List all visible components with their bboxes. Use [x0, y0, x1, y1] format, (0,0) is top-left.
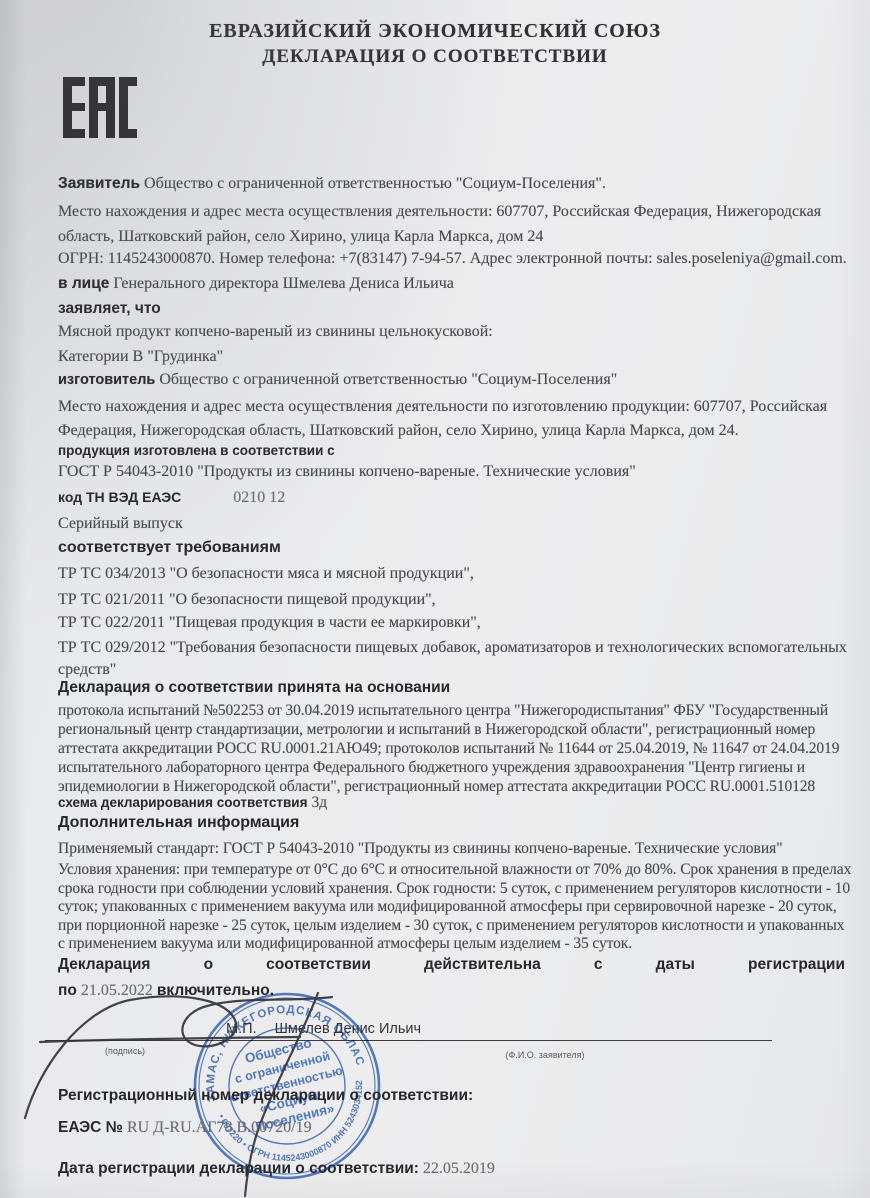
regulation-item: ТР ТС 021/2011 "О безопасности пищевой п…: [58, 591, 436, 609]
tnved-line: код ТН ВЭД ЕАЭС 0210 12: [58, 489, 285, 507]
applicant-address: Место нахождения и адрес места осуществл…: [58, 200, 853, 249]
basis-text: протокола испытаний №502253 от 30.04.201…: [58, 701, 853, 796]
validity-word: с: [594, 956, 603, 974]
manufacturer-label: изготовитель: [58, 372, 155, 388]
in-person-label: в лице: [58, 275, 109, 292]
scheme-value: 3д: [312, 794, 328, 811]
fio-caption: (Ф.И.О. заявителя): [475, 1050, 615, 1060]
manufacturer-line: изготовитель Общество с ограниченной отв…: [58, 371, 617, 389]
tnved-label: код ТН ВЭД ЕАЭС: [58, 489, 181, 505]
scheme-line: схема декларирования соответствия 3д: [58, 794, 327, 812]
made-in-accordance-label: продукция изготовлена в соответствии с: [58, 443, 335, 458]
registration-number-label: Регистрационный номер декларации о соотв…: [58, 1087, 473, 1105]
validity-word: Декларация: [58, 956, 150, 974]
product-line2: Категории В "Грудинка": [58, 348, 223, 366]
applied-standard: Применяемый стандарт: ГОСТ Р 54043-2010 …: [58, 840, 783, 858]
company-stamp: АРЗАМАС, НИЖЕГОРОДСКАЯ ОБЛАСТЬ • 607220 …: [183, 982, 391, 1190]
basis-label: Декларация о соответствии принята на осн…: [58, 679, 450, 697]
declaration-document: ЕВРАЗИЙСКИЙ ЭКОНОМИЧЕСКИЙ СОЮЗ ДЕКЛАРАЦИ…: [0, 0, 870, 1198]
gost-line: ГОСТ Р 54043-2010 "Продукты из свинины к…: [58, 463, 636, 481]
eac-mark-icon: [63, 77, 137, 138]
validity-word: регистрации: [748, 956, 845, 974]
scheme-label: схема декларирования соответствия: [58, 795, 308, 810]
complies-label: соответствует требованиям: [58, 539, 281, 557]
manufacturer-name: Общество с ограниченной ответственностью…: [159, 371, 617, 388]
document-title-line2: ДЕКЛАРАЦИЯ О СООТВЕТСТВИИ: [0, 46, 870, 68]
valid-until-date: 21.05.2022: [81, 982, 153, 999]
applicant-name: Общество с ограниченной ответственностью…: [144, 175, 606, 192]
declares-label: заявляет, что: [58, 300, 161, 318]
applicant-line: Заявитель Общество с ограниченной ответс…: [58, 175, 606, 193]
validity-word: о: [204, 956, 213, 974]
serial-release: Серийный выпуск: [58, 515, 183, 533]
mp-name-row: М.П. Шмелев Денис Ильич: [226, 1021, 421, 1037]
registration-number-prefix: ЕАЭС №: [58, 1119, 123, 1136]
signature-line: [45, 1040, 772, 1041]
tnved-code: 0210 12: [233, 489, 285, 506]
applicant-ogrn-line: ОГРН: 1145243000870. Номер телефона: +7(…: [58, 250, 847, 268]
registration-number-value: RU Д-RU.АГ78.В.00720/19: [127, 1119, 312, 1136]
regulation-item: ТР ТС 029/2012 "Требования безопасности …: [58, 637, 853, 681]
mp-label: М.П.: [226, 1021, 257, 1037]
manufacturer-address: Место нахождения и адрес места осуществл…: [58, 395, 853, 442]
in-person-line: в лице Генерального директора Шмелева Де…: [58, 275, 454, 293]
signature-caption: (подпись): [70, 1046, 180, 1056]
product-line1: Мясной продукт копчено-вареный из свинин…: [58, 323, 493, 341]
validity-word: действительна: [424, 956, 541, 974]
validity-justified-line: Декларация о соответствии действительна …: [58, 956, 845, 974]
regulation-item: ТР ТС 022/2011 "Пищевая продукция в част…: [58, 614, 481, 632]
additional-info-label: Дополнительная информация: [58, 814, 299, 832]
applicant-signatory-name: Шмелев Денис Ильич: [275, 1021, 421, 1037]
in-person-name: Генерального директора Шмелева Дениса Ил…: [113, 275, 453, 292]
document-title-line1: ЕВРАЗИЙСКИЙ ЭКОНОМИЧЕСКИЙ СОЮЗ: [0, 20, 870, 43]
po-label: по: [58, 982, 77, 999]
registration-date-label: Дата регистрации декларации о соответств…: [58, 1160, 419, 1177]
registration-date-value: 22.05.2019: [423, 1160, 495, 1177]
validity-word: соответствии: [266, 956, 371, 974]
storage-conditions: Условия хранения: при температуре от 0°С…: [58, 861, 853, 954]
registration-number-line: ЕАЭС № RU Д-RU.АГ78.В.00720/19: [58, 1119, 312, 1137]
validity-word: даты: [656, 956, 695, 974]
registration-date-line: Дата регистрации декларации о соответств…: [58, 1160, 495, 1178]
applicant-label: Заявитель: [58, 175, 140, 192]
regulation-item: ТР ТС 034/2013 "О безопасности мяса и мя…: [58, 565, 474, 583]
